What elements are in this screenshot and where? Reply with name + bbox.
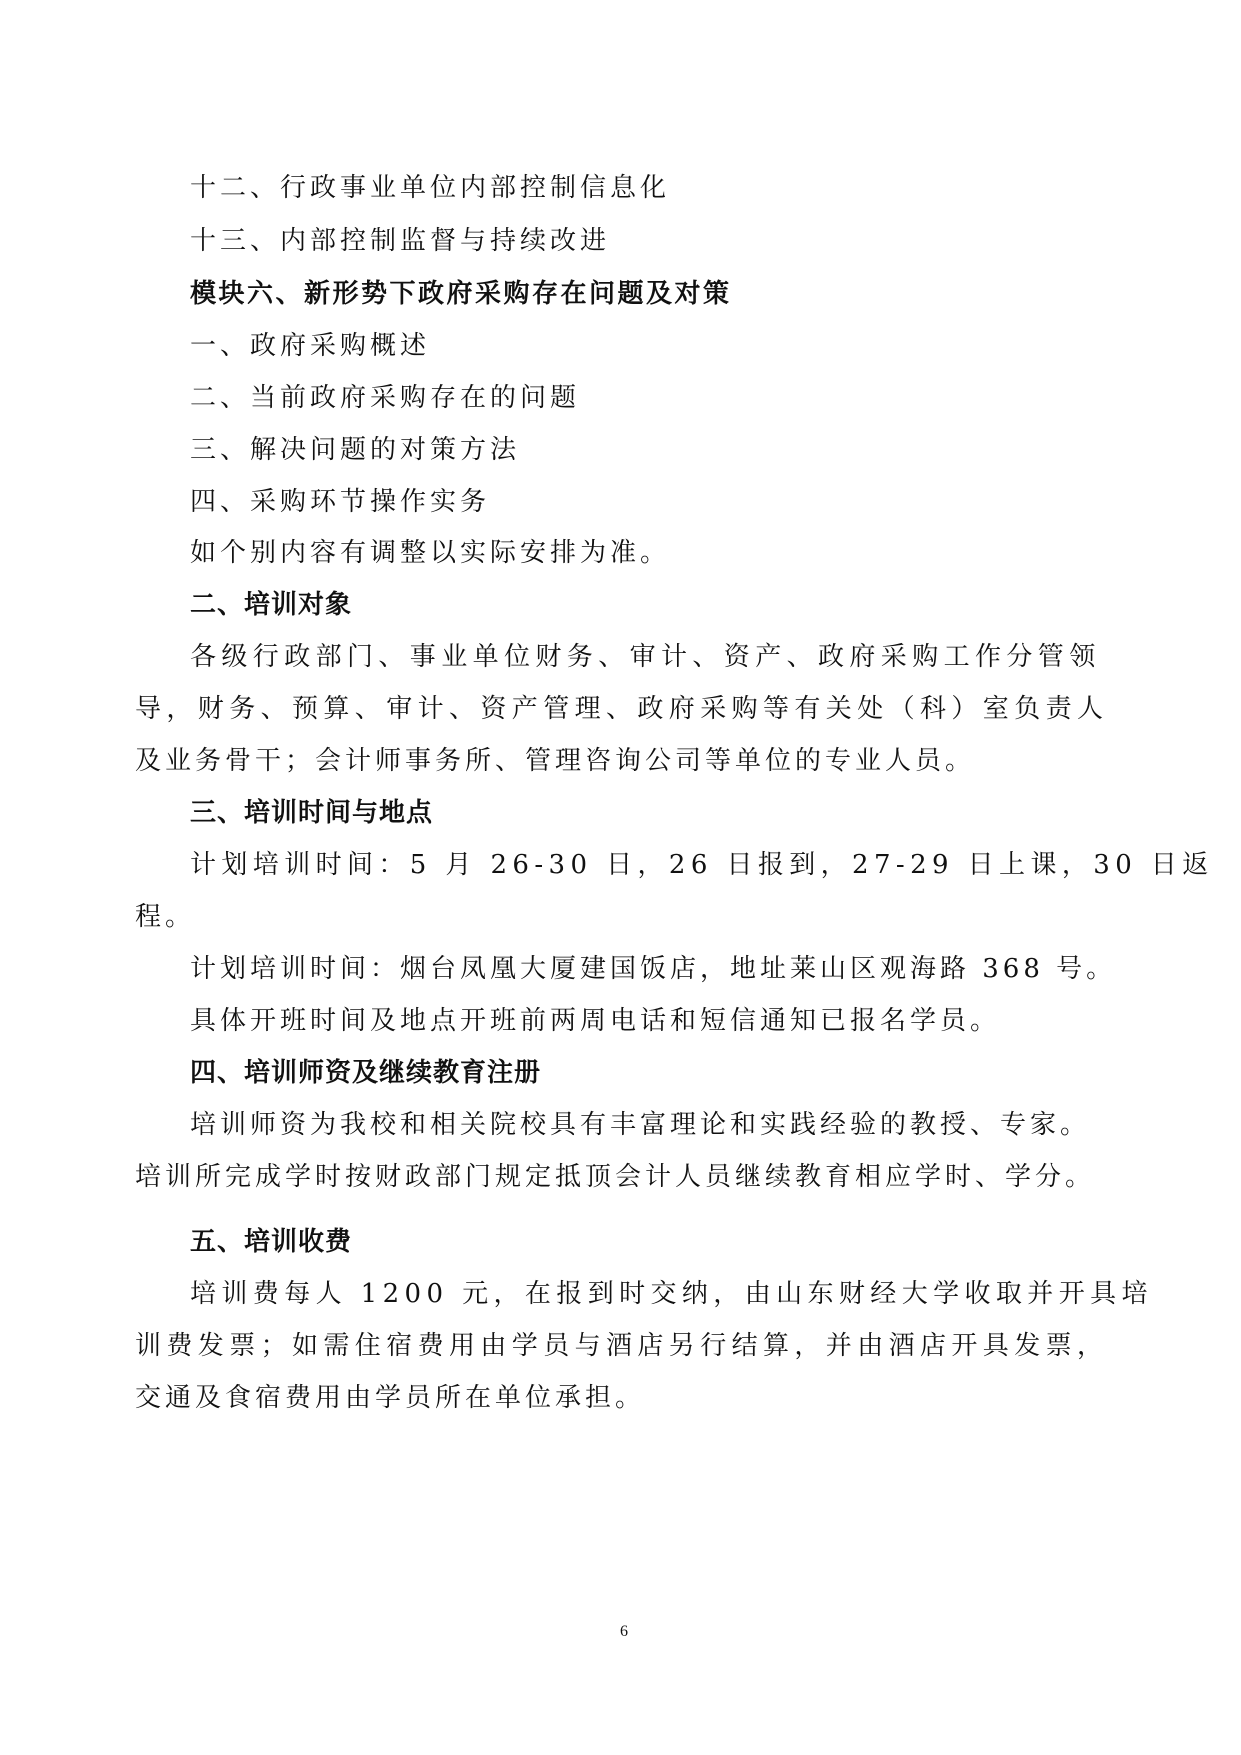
faculty-paragraph-line-2: 培训所完成学时按财政部门规定抵顶会计人员继续教育相应学时、学分。 <box>135 1161 1095 1193</box>
trainees-paragraph-line-3: 及业务骨干；会计师事务所、管理咨询公司等单位的专业人员。 <box>135 745 975 777</box>
section-heading-time-location: 三、培训时间与地点 <box>190 797 433 829</box>
section-heading-fees: 五、培训收费 <box>190 1226 352 1258</box>
notification-note: 具体开班时间及地点开班前两周电话和短信通知已报名学员。 <box>190 1005 1000 1037</box>
fees-paragraph-line-1: 培训费每人 1200 元，在报到时交纳，由山东财经大学收取并开具培 <box>190 1278 1153 1310</box>
module-six-heading: 模块六、新形势下政府采购存在问题及对策 <box>190 278 732 310</box>
training-time-line-2: 程。 <box>135 901 195 933</box>
faculty-paragraph-line-1: 培训师资为我校和相关院校具有丰富理论和实践经验的教授、专家。 <box>190 1109 1090 1141</box>
list-item-solutions: 三、解决问题的对策方法 <box>190 434 520 466</box>
trainees-paragraph-line-1: 各级行政部门、事业单位财务、审计、资产、政府采购工作分管领 <box>190 641 1101 673</box>
training-time-line-1: 计划培训时间：5 月 26-30 日，26 日报到，27-29 日上课，30 日… <box>190 849 1214 881</box>
list-item-internal-control-informatization: 十二、行政事业单位内部控制信息化 <box>190 172 670 204</box>
section-heading-trainees: 二、培训对象 <box>190 589 352 621</box>
training-location: 计划培训时间：烟台凤凰大厦建国饭店，地址莱山区观海路 368 号。 <box>190 953 1116 985</box>
trainees-paragraph-line-2: 导，财务、预算、审计、资产管理、政府采购等有关处（科）室负责人 <box>135 693 1108 725</box>
fees-paragraph-line-2: 训费发票；如需住宿费用由学员与酒店另行结算，并由酒店开具发票， <box>135 1330 1108 1362</box>
document-page: 十二、行政事业单位内部控制信息化 十三、内部控制监督与持续改进 模块六、新形势下… <box>0 0 1241 1755</box>
fees-paragraph-line-3: 交通及食宿费用由学员所在单位承担。 <box>135 1382 645 1414</box>
adjustment-note: 如个别内容有调整以实际安排为准。 <box>190 537 670 569</box>
list-item-supervision-improvement: 十三、内部控制监督与持续改进 <box>190 225 610 257</box>
section-heading-faculty: 四、培训师资及继续教育注册 <box>190 1057 541 1089</box>
list-item-current-problems: 二、当前政府采购存在的问题 <box>190 382 580 414</box>
list-item-procurement-overview: 一、政府采购概述 <box>190 330 430 362</box>
list-item-procurement-practice: 四、采购环节操作实务 <box>190 486 490 518</box>
page-number: 6 <box>620 1622 628 1642</box>
